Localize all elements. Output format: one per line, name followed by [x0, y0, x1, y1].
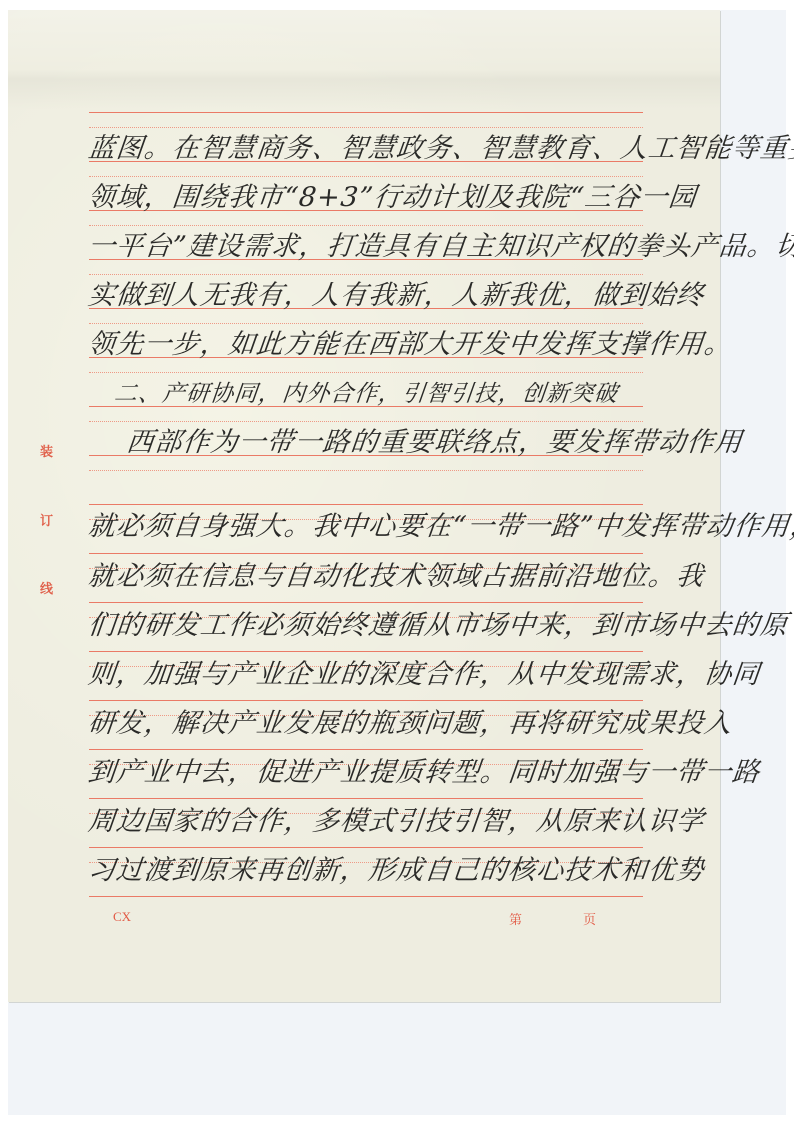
binding-label-xian: 线: [40, 578, 53, 597]
rule-line-dotted: [89, 176, 643, 177]
rule-line-dotted: [89, 372, 643, 373]
footer-page-suffix: 页: [583, 909, 596, 928]
text-line-10: 们的研发工作必须始终遵循从市场中来，到市场中去的原: [86, 606, 660, 646]
rule-line-solid: [89, 700, 643, 701]
rule-line-dotted: [89, 274, 643, 275]
text-line-5: 领先一步，如此方能在西部大开发中发挥支撑作用。: [86, 325, 660, 365]
text-line-2: 领域，围绕我市“8+3”行动计划及我院“三谷一园: [86, 178, 660, 218]
rule-line-solid: [89, 896, 643, 897]
text-line-3: 一平台”建设需求，打造具有自主知识产权的拳头产品。切: [86, 227, 660, 267]
text-line-7: 西部作为一带一路的重要联络点，要发挥带动作用: [86, 423, 660, 463]
text-line-11: 则，加强与产业企业的深度合作，从中发现需求，协同: [86, 655, 660, 695]
binding-label-ding: 订: [40, 510, 53, 529]
footer-page-prefix: 第: [509, 909, 522, 928]
section-heading: 二、产研协同，内外合作，引智引技，创新突破: [112, 374, 686, 414]
rule-line-solid: [89, 504, 643, 505]
rule-line-dotted: [89, 421, 643, 422]
rule-line-solid: [89, 602, 643, 603]
rule-line-solid: [89, 553, 643, 554]
rule-line-solid: [89, 112, 643, 113]
text-line-14: 周边国家的合作，多模式引技引智，从原来认识学: [86, 802, 660, 842]
rule-line-solid: [89, 749, 643, 750]
text-line-8: 就必须自身强大。我中心要在“一带一路”中发挥带动作用，: [86, 507, 660, 547]
rule-line-solid: [89, 651, 643, 652]
text-line-13: 到产业中去，促进产业提质转型。同时加强与一带一路: [86, 753, 660, 793]
binding-label-zhuang: 装: [40, 441, 53, 460]
rule-line-solid: [89, 798, 643, 799]
text-line-4: 实做到人无我有，人有我新，人新我优，做到始终: [86, 276, 660, 316]
rule-line-dotted: [89, 225, 643, 226]
text-line-15: 习过渡到原来再创新，形成自己的核心技术和优势: [86, 851, 660, 891]
text-line-12: 研发，解决产业发展的瓶颈问题，再将研究成果投入: [86, 704, 660, 744]
rule-line-solid: [89, 847, 643, 848]
text-line-9: 就必须在信息与自动化技术领域占据前沿地位。我: [86, 557, 660, 597]
rule-line-dotted: [89, 323, 643, 324]
text-line-1: 蓝图。在智慧商务、智慧政务、智慧教育、人工智能等重要: [86, 129, 660, 169]
footer-code: CX: [113, 909, 131, 925]
rule-line-dotted: [89, 127, 643, 128]
rule-line-dotted: [89, 470, 643, 471]
